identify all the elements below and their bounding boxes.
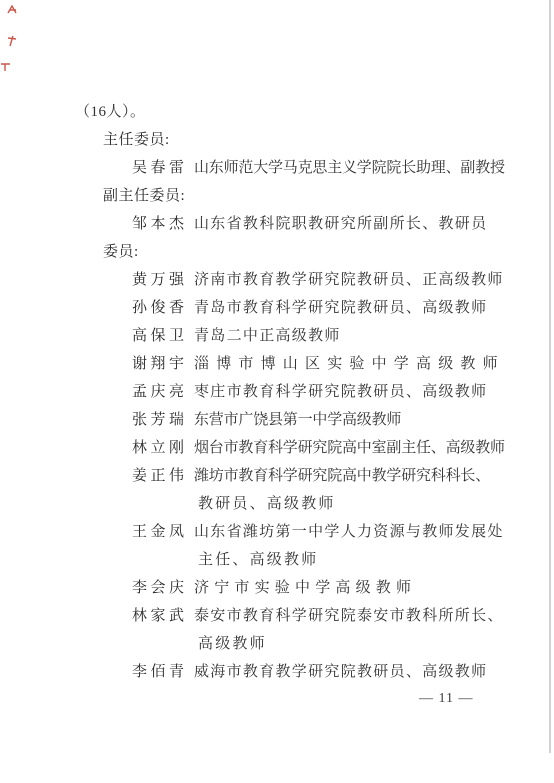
member-row: 林立刚烟台市教育科学研究院高中室副主任、高级教师 bbox=[0, 434, 554, 462]
member-row: 林家武泰安市教育科学研究院泰安市教科所所长、 bbox=[0, 602, 554, 630]
member-title: 青岛市教育科学研究院教研员、高级教师 bbox=[194, 300, 487, 316]
member-name: 王金凤 bbox=[132, 518, 194, 546]
member-title: 威海市教育教学研究院教研员、高级教师 bbox=[194, 664, 487, 680]
red-stroke-mark-icon bbox=[7, 4, 20, 16]
member-name: 李会庆 bbox=[132, 574, 194, 602]
member-row: 吴春雷山东师范大学马克思主义学院院长助理、副教授 bbox=[0, 154, 554, 182]
member-name: 谢翔宇 bbox=[132, 350, 194, 378]
member-title: 枣庄市教育科学研究院教研员、高级教师 bbox=[194, 384, 487, 400]
member-row: 黄万强济南市教育教学研究院教研员、正高级教师 bbox=[0, 266, 554, 294]
member-title-continuation: 高级教师 bbox=[0, 630, 554, 658]
member-row: 李会庆济宁市实验中学高级教师 bbox=[0, 574, 554, 602]
member-count-line: （16人）。 bbox=[0, 98, 554, 126]
member-title: 青岛二中正高级教师 bbox=[194, 328, 341, 344]
member-row: 孟庆亮枣庄市教育科学研究院教研员、高级教师 bbox=[0, 378, 554, 406]
member-title: 山东省教科院职教研究所副所长、教研员 bbox=[194, 216, 487, 232]
member-name: 姜正伟 bbox=[132, 462, 194, 490]
member-row: 孙俊香青岛市教育科学研究院教研员、高级教师 bbox=[0, 294, 554, 322]
member-name: 林立刚 bbox=[132, 434, 194, 462]
section-label-text: 委员: bbox=[103, 244, 139, 260]
member-title: 济南市教育教学研究院教研员、正高级教师 bbox=[194, 272, 504, 288]
member-row: 张芳瑞东营市广饶县第一中学高级教师 bbox=[0, 406, 554, 434]
member-row: 李佰青威海市教育教学研究院教研员、高级教师 bbox=[0, 658, 554, 686]
red-stroke-mark-icon bbox=[0, 61, 12, 73]
member-name: 邹本杰 bbox=[132, 210, 194, 238]
member-title: 山东省潍坊第一中学人力资源与教师发展处 bbox=[194, 524, 504, 540]
section-label-members: 委员: bbox=[0, 238, 554, 266]
member-title: 烟台市教育科学研究院高中室副主任、高级教师 bbox=[194, 440, 505, 456]
member-name: 孟庆亮 bbox=[132, 378, 194, 406]
member-row: 邹本杰山东省教科院职教研究所副所长、教研员 bbox=[0, 210, 554, 238]
member-row: 高保卫青岛二中正高级教师 bbox=[0, 322, 554, 350]
member-row: 谢翔宇淄博市博山区实验中学高级教师 bbox=[0, 350, 554, 378]
roster-body: （16人）。 主任委员: 吴春雷山东师范大学马克思主义学院院长助理、副教授 副主… bbox=[0, 98, 554, 686]
document-page: （16人）。 主任委员: 吴春雷山东师范大学马克思主义学院院长助理、副教授 副主… bbox=[0, 0, 554, 783]
member-name: 吴春雷 bbox=[132, 154, 194, 182]
member-name: 林家武 bbox=[132, 602, 194, 630]
member-name: 张芳瑞 bbox=[132, 406, 194, 434]
member-title: 济宁市实验中学高级教师 bbox=[194, 580, 416, 596]
section-label-text: 主任委员: bbox=[103, 132, 170, 148]
section-label-vice-chair: 副主任委员: bbox=[0, 182, 554, 210]
member-title-continuation: 教研员、高级教师 bbox=[0, 490, 554, 518]
member-name: 黄万强 bbox=[132, 266, 194, 294]
member-title: 山东师范大学马克思主义学院院长助理、副教授 bbox=[194, 160, 505, 176]
section-label-chair: 主任委员: bbox=[0, 126, 554, 154]
member-count-text: （16人）。 bbox=[75, 104, 146, 120]
member-title: 潍坊市教育科学研究院高中教学研究科科长、 bbox=[194, 468, 490, 484]
page-number: — 11 — bbox=[419, 691, 473, 707]
member-row: 王金凤山东省潍坊第一中学人力资源与教师发展处 bbox=[0, 518, 554, 546]
member-name: 孙俊香 bbox=[132, 294, 194, 322]
member-row: 姜正伟潍坊市教育科学研究院高中教学研究科科长、 bbox=[0, 462, 554, 490]
member-name: 李佰青 bbox=[132, 658, 194, 686]
member-title-continuation: 主任、高级教师 bbox=[0, 546, 554, 574]
member-name: 高保卫 bbox=[132, 322, 194, 350]
scan-edge-line bbox=[549, 0, 551, 753]
member-title: 东营市广饶县第一中学高级教师 bbox=[194, 412, 401, 428]
red-stroke-mark-icon bbox=[6, 35, 18, 48]
member-title: 泰安市教育科学研究院泰安市教科所所长、 bbox=[194, 608, 504, 624]
section-label-text: 副主任委员: bbox=[103, 188, 185, 204]
member-title: 淄博市博山区实验中学高级教师 bbox=[194, 356, 505, 372]
